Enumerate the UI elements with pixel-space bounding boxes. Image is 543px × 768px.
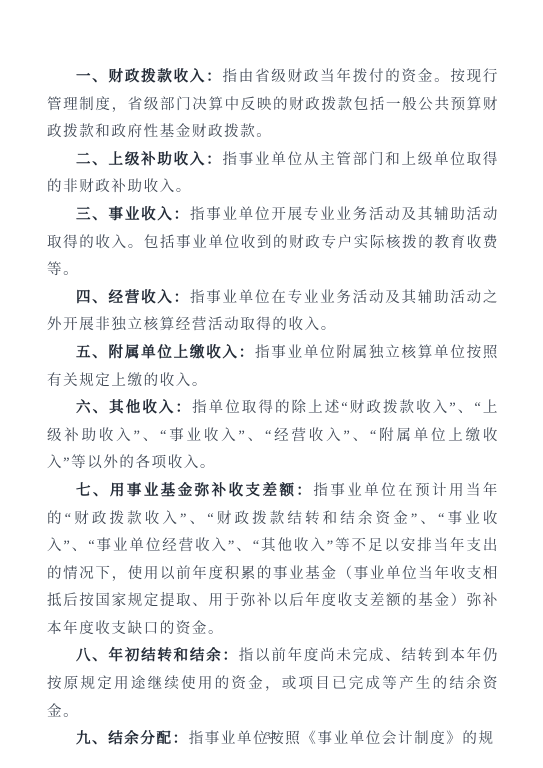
definition-paragraph: 四、经营收入：指事业单位在专业业务活动及其辅助活动之外开展非独立核算经营活动取得… (47, 285, 499, 340)
term-label: 一、财政拨款收入： (76, 69, 222, 85)
definition-paragraph: 五、附属单位上缴收入：指事业单位附属独立核算单位按照有关规定上缴的收入。 (47, 340, 499, 395)
term-label: 六、其他收入： (76, 400, 192, 416)
term-label: 三、事业收入： (76, 207, 190, 223)
term-label: 八、年初结转和结余： (76, 648, 239, 664)
definition-paragraph: 六、其他收入：指单位取得的除上述“财政拨款收入”、“上级补助收入”、“事业收入”… (47, 395, 499, 478)
term-label: 四、经营收入： (76, 290, 190, 306)
definition-paragraph: 三、事业收入：指事业单位开展专业业务活动及其辅助活动取得的收入。包括事业单位收到… (47, 202, 499, 285)
definition-paragraph: 一、财政拨款收入：指由省级财政当年拨付的资金。按现行管理制度，省级部门决算中反映… (47, 64, 499, 147)
definitions-list: 一、财政拨款收入：指由省级财政当年拨付的资金。按现行管理制度，省级部门决算中反映… (47, 64, 499, 754)
term-label: 七、用事业基金弥补收支差额： (76, 483, 313, 499)
definition-paragraph: 八、年初结转和结余：指以前年度尚未完成、结转到本年仍按原规定用途继续使用的资金，… (47, 643, 499, 726)
term-label: 二、上级补助收入： (76, 152, 222, 168)
term-definition: 指事业单位在预计用当年的“财政拨款收入”、“财政拨款结转和结余资金”、“事业收入… (47, 483, 499, 637)
definition-paragraph: 七、用事业基金弥补收支差额：指事业单位在预计用当年的“财政拨款收入”、“财政拨款… (47, 478, 499, 644)
term-label: 五、附属单位上缴收入： (76, 345, 255, 361)
document-page: 一、财政拨款收入：指由省级财政当年拨付的资金。按现行管理制度，省级部门决算中反映… (0, 0, 543, 768)
definition-paragraph: 二、上级补助收入：指事业单位从主管部门和上级单位取得的非财政补助收入。 (47, 147, 499, 202)
page-number: 31 (0, 730, 543, 742)
